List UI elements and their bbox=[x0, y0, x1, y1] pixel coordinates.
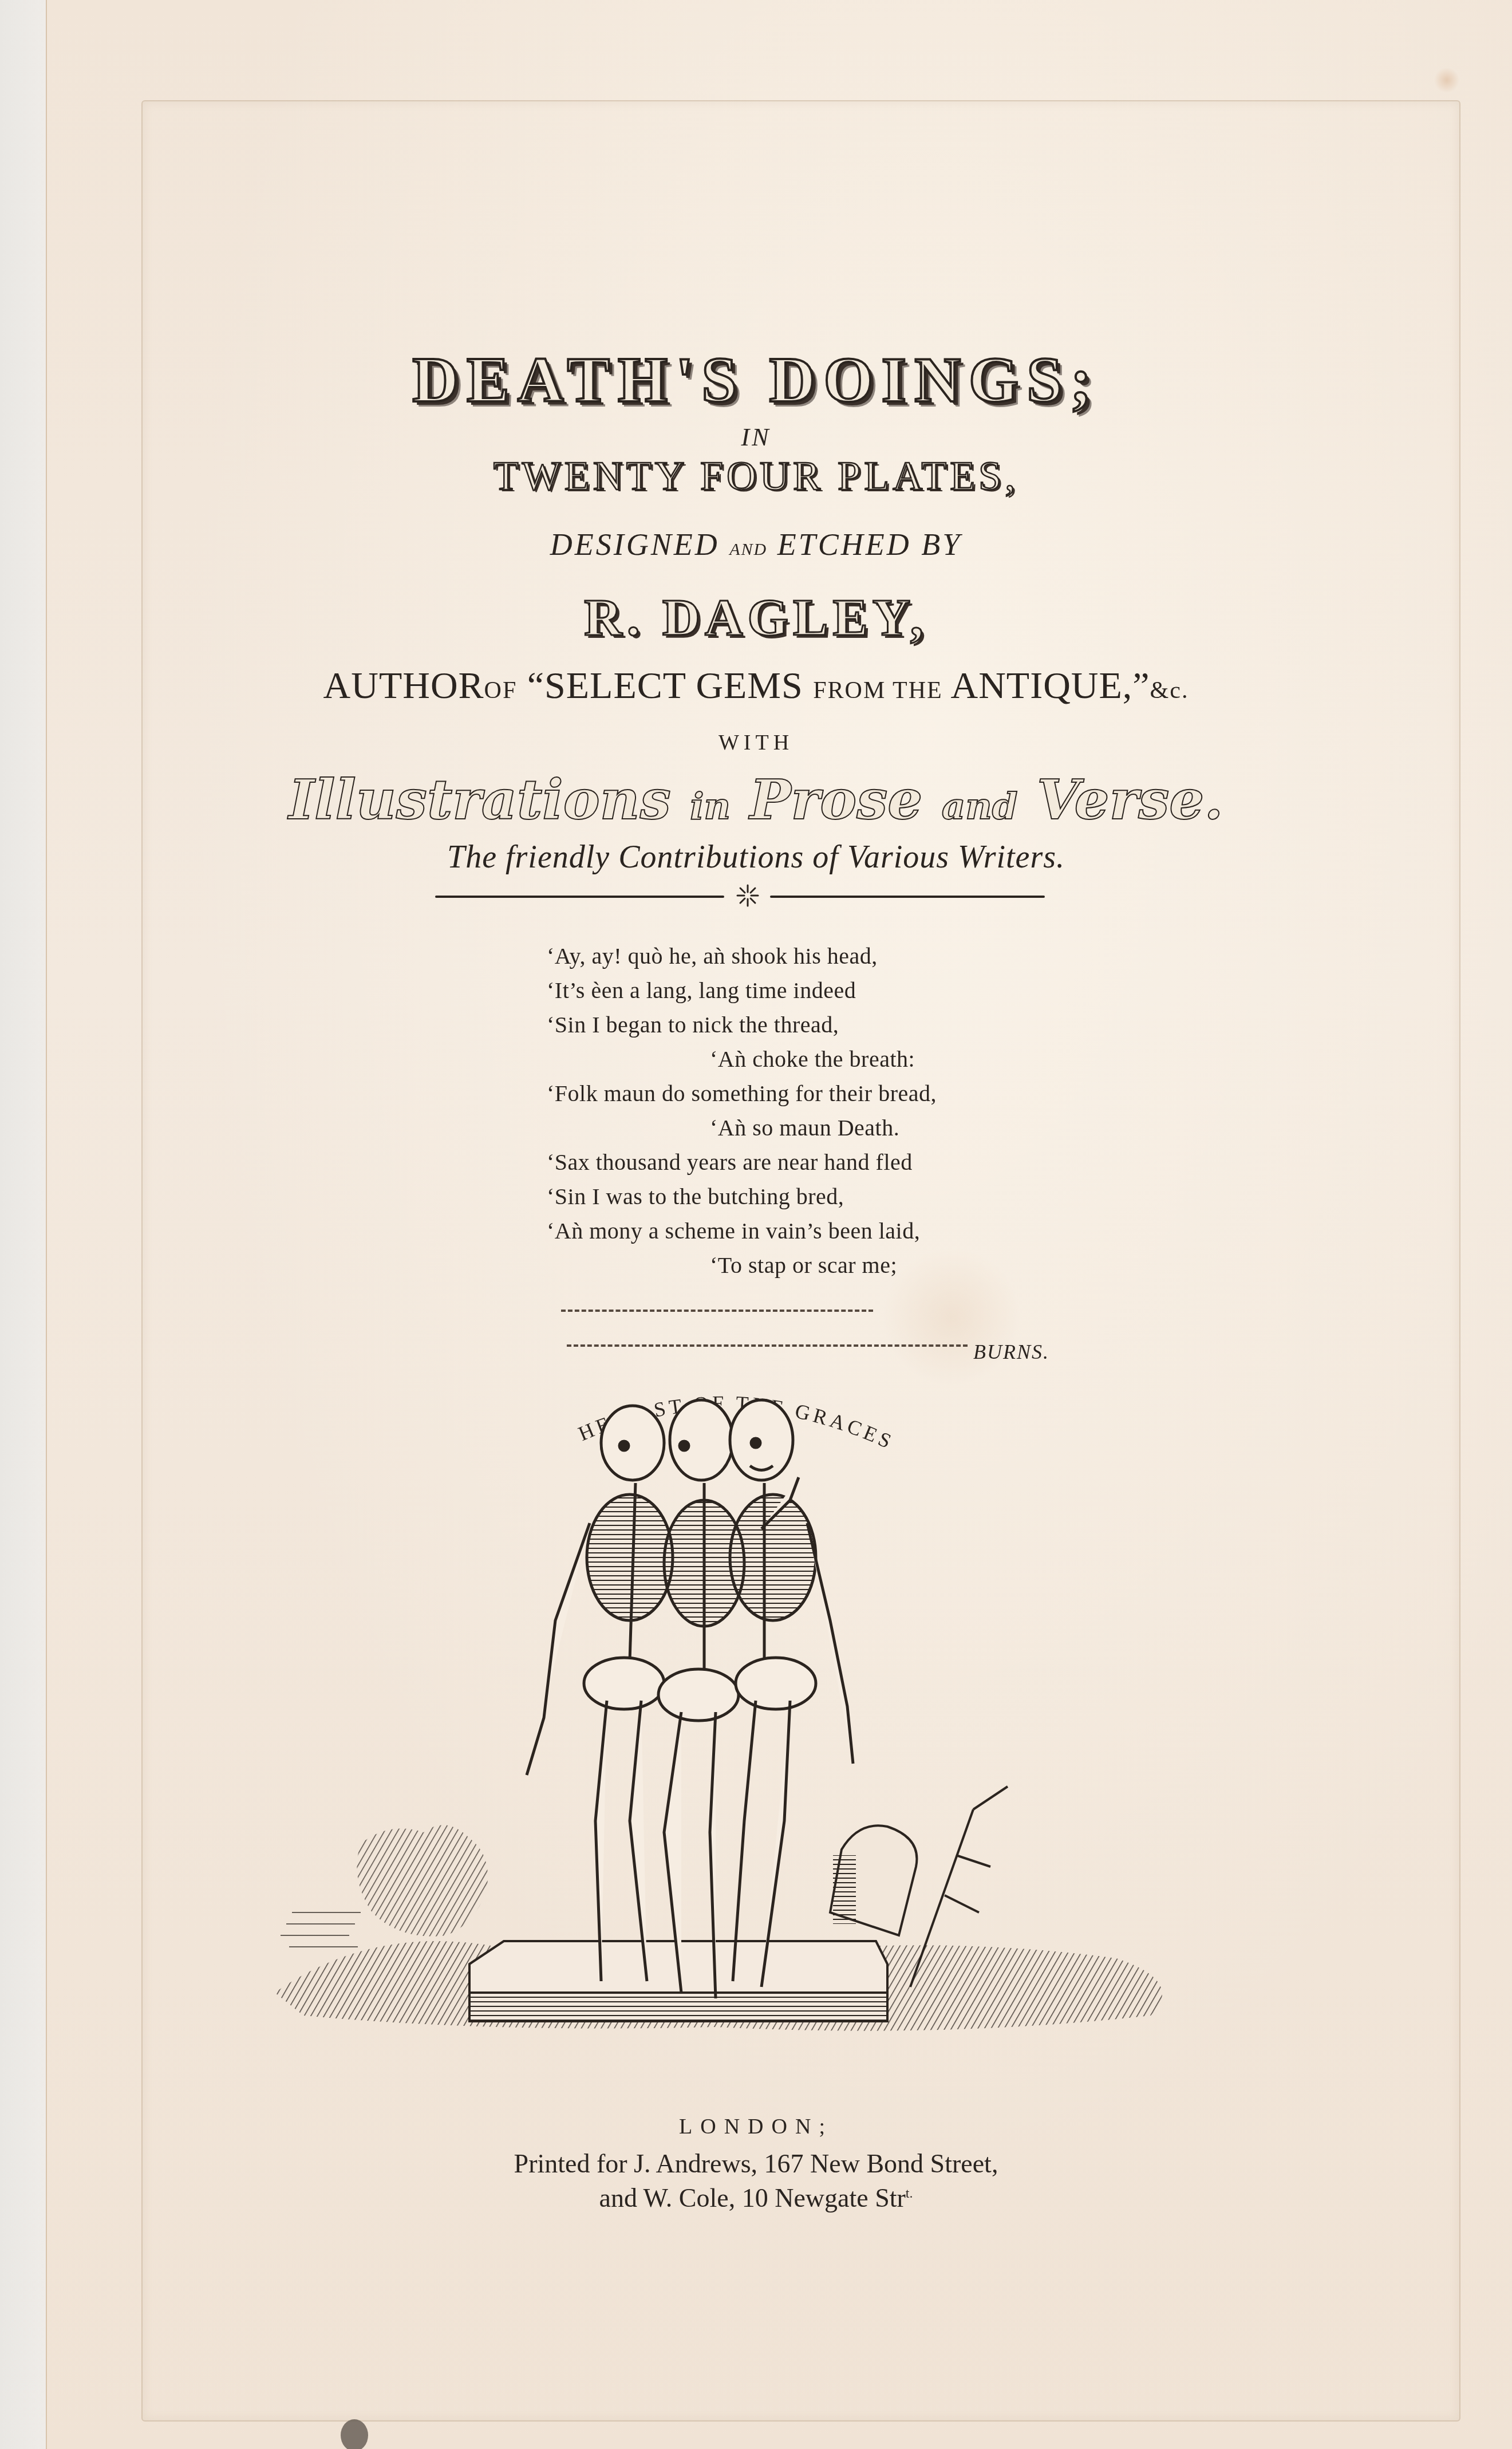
poem-line: ‘Ay, ay! quò he, aǹ shook his head, bbox=[547, 939, 937, 973]
prose-word: Prose bbox=[749, 767, 922, 832]
select-word: SELECT bbox=[544, 665, 686, 707]
left-shrub bbox=[357, 1825, 488, 1937]
author-name: R. DAGLEY, bbox=[0, 587, 1512, 648]
poem-line: ‘Sax thousand years are near hand fled bbox=[547, 1145, 937, 1180]
poem-line: ‘Folk maun do something for their bread, bbox=[547, 1076, 937, 1111]
poem-line: ‘Aǹ so maun Death. bbox=[547, 1111, 937, 1145]
poem-line: ‘Sin I began to nick the thread, bbox=[547, 1008, 937, 1042]
imprint-line-2: and W. Cole, 10 Newgate Strt. bbox=[0, 2183, 1512, 2213]
imprint-line-1: Printed for J. Andrews, 167 New Bond Str… bbox=[0, 2148, 1512, 2179]
author-word: AUTHOR bbox=[323, 665, 484, 707]
book-title: DEATH'S DOINGS; bbox=[0, 344, 1512, 417]
contributions-line: The friendly Contributions of Various Wr… bbox=[0, 839, 1512, 876]
ink-stain bbox=[341, 2419, 368, 2449]
poem-line: ‘Sin I was to the butching bred, bbox=[547, 1180, 937, 1214]
imprint-line-2-sup: t. bbox=[906, 2186, 913, 2201]
plates-line: TWENTY FOUR PLATES, bbox=[0, 452, 1512, 500]
with-word: WITH bbox=[0, 730, 1512, 755]
poem-line: ‘Aǹ mony a scheme in vain’s been laid, bbox=[547, 1214, 937, 1248]
left-sky-lines bbox=[281, 1912, 361, 1947]
illustrations-line: Illustrations in Prose and Verse. bbox=[0, 767, 1512, 832]
headstone bbox=[830, 1825, 917, 1935]
of-word: OF bbox=[484, 677, 518, 704]
and-word-2: and bbox=[942, 785, 1018, 828]
designed-word: DESIGNED bbox=[550, 527, 720, 562]
ellipsis-dashes-1 bbox=[561, 1310, 873, 1312]
in-word-2: in bbox=[690, 785, 731, 828]
divider-rule-right bbox=[770, 896, 1045, 898]
designed-line: DESIGNED AND ETCHED BY bbox=[0, 527, 1512, 562]
poem-line: ‘Aǹ choke the breath: bbox=[547, 1042, 937, 1076]
and-word: AND bbox=[729, 540, 767, 559]
skeletons-etching: THE LAST OF THE GRACES. bbox=[258, 1363, 1231, 2067]
illustrations-word: Illustrations bbox=[289, 767, 671, 832]
poem-attribution: BURNS. bbox=[973, 1340, 1049, 1364]
verse-word: Verse. bbox=[1037, 767, 1223, 832]
etc-word: &c. bbox=[1150, 677, 1189, 704]
imprint-city: LONDON; bbox=[0, 2114, 1512, 2139]
quote-close: ” bbox=[1132, 665, 1150, 707]
quote-open: “ bbox=[527, 665, 544, 707]
ellipsis-dashes-2 bbox=[567, 1344, 968, 1347]
from-the-word: FROM THE bbox=[813, 677, 942, 704]
in-word: IN bbox=[0, 423, 1512, 452]
plate-caption: THE LAST OF THE GRACES. bbox=[258, 1363, 898, 1454]
poem-line: ‘It’s èen a lang, lang time indeed bbox=[547, 973, 937, 1008]
imprint-line-2-text: and W. Cole, 10 Newgate Str bbox=[599, 2183, 906, 2213]
gems-word: GEMS bbox=[696, 665, 803, 707]
skeleton-middle bbox=[658, 1400, 744, 1998]
author-of-line: AUTHOROF “SELECT GEMS FROM THE ANTIQUE,”… bbox=[0, 664, 1512, 708]
etched-by-word: ETCHED BY bbox=[777, 527, 962, 562]
divider-rule-left bbox=[435, 896, 724, 898]
skeleton-left bbox=[527, 1406, 673, 1981]
poem-line: ‘To stap or scar me; bbox=[547, 1248, 937, 1283]
poem-stanza: ‘Ay, ay! quò he, aǹ shook his head, ‘I… bbox=[547, 939, 937, 1283]
asterisk-star-icon bbox=[734, 882, 761, 909]
antique-word: ANTIQUE, bbox=[951, 665, 1133, 707]
